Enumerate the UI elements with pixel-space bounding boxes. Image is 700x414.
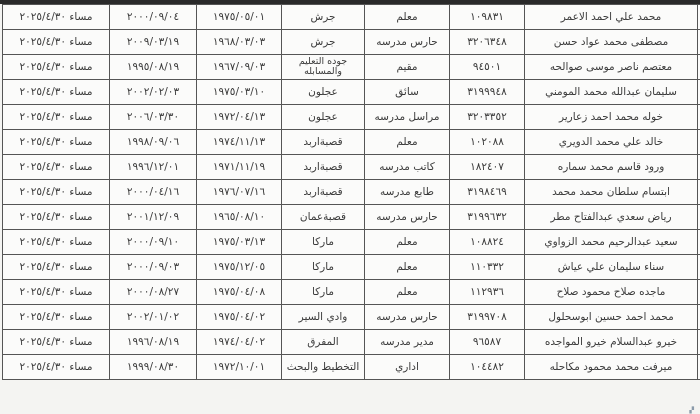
table-row: ١٨معتصم ناصر موسى صوالحه٩٤٥٠١مقيمجوده ال…	[3, 55, 700, 80]
table-row: ٢١خالد علي محمد الدويري١٠٢٠٨٨معلمقصبةارب…	[3, 130, 700, 155]
hire-date-cell: ١٩٩٥/٠٨/١٩	[110, 55, 197, 80]
table-row: ١٩سليمان عبدالله محمد المومني٣١٩٩٩٤٨سائق…	[3, 80, 700, 105]
end-of-service-date-cell: مساء ٢٠٢٥/٤/٣٠	[3, 130, 110, 155]
end-of-service-date-cell: مساء ٢٠٢٥/٤/٣٠	[3, 80, 110, 105]
end-of-service-date-cell: مساء ٢٠٢٥/٤/٣٠	[3, 30, 110, 55]
directorate-cell: جرش	[282, 5, 365, 30]
job-title-cell: سائق	[365, 80, 450, 105]
employee-name-cell: سعيد عبدالرحيم محمد الزواوي	[525, 230, 698, 255]
directorate-cell: جرش	[282, 30, 365, 55]
employee-name-cell: خوله محمد احمد زعارير	[525, 105, 698, 130]
employee-name-cell: خيرو عبدالسلام خيرو المواجده	[525, 330, 698, 355]
end-of-service-date-cell: مساء ٢٠٢٥/٤/٣٠	[3, 305, 110, 330]
job-title-cell: حارس مدرسه	[365, 305, 450, 330]
birth-date-cell: ١٩٧٤/٠٤/٠٢	[197, 330, 282, 355]
employee-name-cell: رياض سعدي عبدالفتاح مطر	[525, 205, 698, 230]
birth-date-cell: ١٩٧٥/٠٥/٠١	[197, 5, 282, 30]
end-of-service-date-cell: مساء ٢٠٢٥/٤/٣٠	[3, 255, 110, 280]
hire-date-cell: ٢٠٠٠/٠٤/١٦	[110, 180, 197, 205]
national-id-cell: ١٠٩٨٣١	[450, 5, 525, 30]
directorate-cell: قصبةاربد	[282, 130, 365, 155]
end-of-service-date-cell: مساء ٢٠٢٥/٤/٣٠	[3, 230, 110, 255]
hire-date-cell: ٢٠٠٠/٠٨/٢٧	[110, 280, 197, 305]
end-of-service-date-cell: مساء ٢٠٢٥/٤/٣٠	[3, 355, 110, 380]
retirement-list-table: ١٦محمد علي احمد الاعمر١٠٩٨٣١معلمجرش١٩٧٥/…	[2, 4, 700, 380]
job-title-cell: معلم	[365, 280, 450, 305]
job-title-cell: مدير مدرسه	[365, 330, 450, 355]
hire-date-cell: ١٩٩٨/٠٩/٠٦	[110, 130, 197, 155]
employee-name-cell: سليمان عبدالله محمد المومني	[525, 80, 698, 105]
national-id-cell: ٩٤٥٠١	[450, 55, 525, 80]
national-id-cell: ١٠٤٤٨٢	[450, 355, 525, 380]
table-row: ٢٣ابتسام سلطان محمد محمد٣١٩٨٤٦٩طابع مدرس…	[3, 180, 700, 205]
hire-date-cell: ٢٠٠٢/٠٢/٠٣	[110, 80, 197, 105]
birth-date-cell: ١٩٧٥/١٢/٠٥	[197, 255, 282, 280]
table-row: ٢٥سعيد عبدالرحيم محمد الزواوي١٠٨٨٢٤معلمم…	[3, 230, 700, 255]
end-of-service-date-cell: مساء ٢٠٢٥/٤/٣٠	[3, 155, 110, 180]
hire-date-cell: ٢٠٠١/١٢/٠٩	[110, 205, 197, 230]
page-corner-mark: ▞	[689, 407, 694, 414]
employee-name-cell: ورود قاسم محمد سماره	[525, 155, 698, 180]
table-row: ٢٢ورود قاسم محمد سماره١٨٢٤٠٧كاتب مدرسهقص…	[3, 155, 700, 180]
national-id-cell: ٣١٩٩٧٠٨	[450, 305, 525, 330]
employee-name-cell: معتصم ناصر موسى صوالحه	[525, 55, 698, 80]
national-id-cell: ١٨٢٤٠٧	[450, 155, 525, 180]
directorate-cell: قصبةعمان	[282, 205, 365, 230]
national-id-cell: ١٠٢٠٨٨	[450, 130, 525, 155]
job-title-cell: معلم	[365, 5, 450, 30]
job-title-cell: كاتب مدرسه	[365, 155, 450, 180]
directorate-cell: المفرق	[282, 330, 365, 355]
table-row: ٢٧ماجده صلاح محمود صلاح١١٢٩٣٦معلمماركا١٩…	[3, 280, 700, 305]
hire-date-cell: ٢٠٠٦/٠٣/٣٠	[110, 105, 197, 130]
birth-date-cell: ١٩٧١/١١/١٩	[197, 155, 282, 180]
table-row: ٢٨محمد احمد حسين ابوسحلول٣١٩٩٧٠٨حارس مدر…	[3, 305, 700, 330]
end-of-service-date-cell: مساء ٢٠٢٥/٤/٣٠	[3, 180, 110, 205]
hire-date-cell: ٢٠٠٠/٠٩/٠٤	[110, 5, 197, 30]
end-of-service-date-cell: مساء ٢٠٢٥/٤/٣٠	[3, 105, 110, 130]
directorate-cell: قصبةاربد	[282, 155, 365, 180]
directorate-cell: وادي السير	[282, 305, 365, 330]
table-row: ١٦محمد علي احمد الاعمر١٠٩٨٣١معلمجرش١٩٧٥/…	[3, 5, 700, 30]
end-of-service-date-cell: مساء ٢٠٢٥/٤/٣٠	[3, 55, 110, 80]
hire-date-cell: ٢٠٠٠/٠٩/٠٣	[110, 255, 197, 280]
hire-date-cell: ١٩٩٦/١٢/٠١	[110, 155, 197, 180]
employee-name-cell: ابتسام سلطان محمد محمد	[525, 180, 698, 205]
hire-date-cell: ٢٠٠٠/٠٩/١٠	[110, 230, 197, 255]
directorate-cell: عجلون	[282, 80, 365, 105]
directorate-cell: قصبةاربد	[282, 180, 365, 205]
employee-name-cell: ميرفت محمد محمود مكاحله	[525, 355, 698, 380]
table-row: ٢٦سناء سليمان علي عياش١١٠٣٣٢معلمماركا١٩٧…	[3, 255, 700, 280]
national-id-cell: ٣١٩٩٦٣٢	[450, 205, 525, 230]
birth-date-cell: ١٩٦٧/٠٩/٠٣	[197, 55, 282, 80]
job-title-cell: معلم	[365, 255, 450, 280]
birth-date-cell: ١٩٧٢/١٠/٠١	[197, 355, 282, 380]
job-title-cell: مقيم	[365, 55, 450, 80]
employee-name-cell: ماجده صلاح محمود صلاح	[525, 280, 698, 305]
job-title-cell: مراسل مدرسه	[365, 105, 450, 130]
table-row: ٢٩خيرو عبدالسلام خيرو المواجده٩٦٥٨٧مدير …	[3, 330, 700, 355]
end-of-service-date-cell: مساء ٢٠٢٥/٤/٣٠	[3, 205, 110, 230]
employee-name-cell: خالد علي محمد الدويري	[525, 130, 698, 155]
employee-name-cell: سناء سليمان علي عياش	[525, 255, 698, 280]
hire-date-cell: ١٩٩٦/٠٨/١٩	[110, 330, 197, 355]
employee-name-cell: محمد احمد حسين ابوسحلول	[525, 305, 698, 330]
national-id-cell: ٣٢٠٣٣٥٢	[450, 105, 525, 130]
birth-date-cell: ١٩٧٢/٠٤/١٣	[197, 105, 282, 130]
table-row: ٢٤رياض سعدي عبدالفتاح مطر٣١٩٩٦٣٢حارس مدر…	[3, 205, 700, 230]
job-title-cell: طابع مدرسه	[365, 180, 450, 205]
end-of-service-date-cell: مساء ٢٠٢٥/٤/٣٠	[3, 280, 110, 305]
birth-date-cell: ١٩٦٥/٠٨/١٠	[197, 205, 282, 230]
national-id-cell: ٣٢٠٦٣٤٨	[450, 30, 525, 55]
job-title-cell: معلم	[365, 230, 450, 255]
job-title-cell: اداري	[365, 355, 450, 380]
directorate-cell: ماركا	[282, 255, 365, 280]
birth-date-cell: ١٩٧٥/٠٤/٠٨	[197, 280, 282, 305]
employee-name-cell: مصطفى محمد عواد حسن	[525, 30, 698, 55]
end-of-service-date-cell: مساء ٢٠٢٥/٤/٣٠	[3, 330, 110, 355]
birth-date-cell: ١٩٧٥/٠٣/١٠	[197, 80, 282, 105]
job-title-cell: معلم	[365, 130, 450, 155]
birth-date-cell: ١٩٧٥/٠٣/١٣	[197, 230, 282, 255]
national-id-cell: ١١٢٩٣٦	[450, 280, 525, 305]
directorate-cell: ماركا	[282, 280, 365, 305]
national-id-cell: ١١٠٣٣٢	[450, 255, 525, 280]
hire-date-cell: ١٩٩٩/٠٨/٣٠	[110, 355, 197, 380]
national-id-cell: ١٠٨٨٢٤	[450, 230, 525, 255]
birth-date-cell: ١٩٧٥/٠٤/٠٢	[197, 305, 282, 330]
directorate-cell: جوده التعليم والمسابله	[282, 55, 365, 80]
birth-date-cell: ١٩٧٤/١١/١٣	[197, 130, 282, 155]
birth-date-cell: ١٩٦٨/٠٣/٠٣	[197, 30, 282, 55]
hire-date-cell: ٢٠٠٢/٠١/٠٢	[110, 305, 197, 330]
national-id-cell: ٣١٩٩٩٤٨	[450, 80, 525, 105]
directorate-cell: عجلون	[282, 105, 365, 130]
directorate-cell: التخطيط والبحث	[282, 355, 365, 380]
job-title-cell: حارس مدرسه	[365, 30, 450, 55]
job-title-cell: حارس مدرسه	[365, 205, 450, 230]
national-id-cell: ٩٦٥٨٧	[450, 330, 525, 355]
directorate-cell: ماركا	[282, 230, 365, 255]
birth-date-cell: ١٩٧٦/٠٧/١٦	[197, 180, 282, 205]
hire-date-cell: ٢٠٠٩/٠٣/١٩	[110, 30, 197, 55]
table-row: ١٧مصطفى محمد عواد حسن٣٢٠٦٣٤٨حارس مدرسهجر…	[3, 30, 700, 55]
employee-name-cell: محمد علي احمد الاعمر	[525, 5, 698, 30]
table-row: ٢٠خوله محمد احمد زعارير٣٢٠٣٣٥٢مراسل مدرس…	[3, 105, 700, 130]
national-id-cell: ٣١٩٨٤٦٩	[450, 180, 525, 205]
end-of-service-date-cell: مساء ٢٠٢٥/٤/٣٠	[3, 5, 110, 30]
table-row: ٣٠ميرفت محمد محمود مكاحله١٠٤٤٨٢اداريالتخ…	[3, 355, 700, 380]
